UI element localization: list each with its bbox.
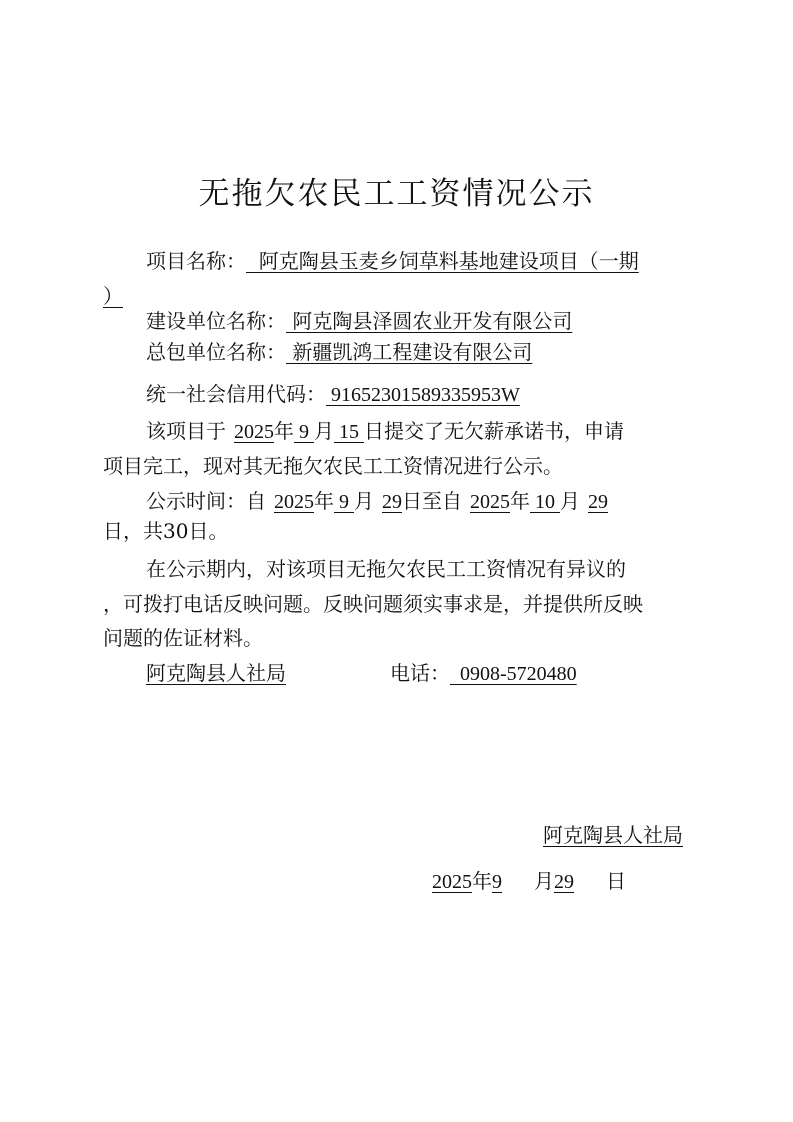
- project-name-label: 项目名称：: [146, 249, 246, 273]
- month-unit: 月: [560, 489, 580, 513]
- contact-phone-row: 电话： 0908-5720480: [390, 660, 577, 687]
- period-end-month: 10: [530, 491, 560, 513]
- month-unit: 月: [534, 869, 554, 893]
- year-unit: 年: [314, 489, 334, 513]
- construction-unit-value: 阿克陶县泽圆农业开发有限公司: [286, 309, 572, 333]
- month-unit: 月: [354, 489, 374, 513]
- project-name-value-cont: ）: [103, 284, 123, 308]
- month-unit: 月: [314, 419, 334, 443]
- signature-org-name: 阿克陶县人社局: [543, 823, 683, 847]
- signature-day: 29: [554, 869, 606, 895]
- commitment-month: 9: [294, 421, 314, 443]
- period-end-year: 2025: [462, 491, 510, 513]
- general-contractor-row: 总包单位名称： 新疆凯鸿工程建设有限公司: [146, 339, 532, 365]
- year-unit: 年: [472, 869, 492, 893]
- period-label: 公示时间：自: [146, 489, 266, 513]
- credit-code-value: 91652301589335953W: [326, 384, 520, 406]
- signature-date: 2025年9月29日: [432, 868, 626, 895]
- contact-org: 阿克陶县人社局: [146, 660, 286, 686]
- period-end-day: 29: [580, 491, 608, 513]
- commitment-suffix: 日提交了无欠薪承诺书，申请: [364, 419, 624, 443]
- credit-code-row: 统一社会信用代码： 91652301589335953W: [146, 381, 520, 408]
- commitment-prefix: 该项目于: [146, 419, 226, 443]
- commitment-row: 该项目于2025年 9 月 15 日提交了无欠薪承诺书，申请: [146, 418, 624, 445]
- period-start-day: 29: [374, 491, 402, 513]
- construction-unit-label: 建设单位名称：: [146, 309, 286, 333]
- day-unit: 日: [606, 869, 626, 893]
- period-row: 公示时间：自2025年 9 月29日至自2025年 10 月29: [146, 488, 608, 515]
- signature-year: 2025: [432, 871, 472, 893]
- period-line2: 日，共30日。: [103, 519, 228, 543]
- objection-line-1: 在公示期内，对该项目无拖欠农民工工资情况有异议的: [146, 556, 626, 582]
- project-name-row: 项目名称： 阿克陶县玉麦乡饲草料基地建设项目（一期: [146, 248, 639, 274]
- project-name-row-cont: ）: [103, 283, 123, 309]
- objection-line-3: 问题的佐证材料。: [103, 625, 263, 651]
- contact-org-name: 阿克陶县人社局: [146, 661, 286, 685]
- commitment-row-cont: 项目完工，现对其无拖欠农民工工资情况进行公示。: [103, 453, 563, 479]
- period-middle: 日至自: [402, 489, 462, 513]
- signature-org: 阿克陶县人社局: [543, 822, 683, 848]
- phone-number: 0908-5720480: [450, 663, 577, 685]
- commitment-line2: 项目完工，现对其无拖欠农民工工资情况进行公示。: [103, 454, 563, 478]
- period-start-year: 2025: [266, 491, 314, 513]
- period-start-month: 9: [334, 491, 354, 513]
- commitment-year: 2025: [226, 421, 274, 443]
- project-name-value: 阿克陶县玉麦乡饲草料基地建设项目（一期: [246, 249, 639, 273]
- construction-unit-row: 建设单位名称： 阿克陶县泽圆农业开发有限公司: [146, 308, 572, 334]
- year-unit: 年: [274, 419, 294, 443]
- general-contractor-value: 新疆凯鸿工程建设有限公司: [286, 340, 532, 364]
- signature-month: 9: [492, 869, 534, 895]
- phone-label: 电话：: [390, 661, 450, 685]
- document-title: 无拖欠农民工工资情况公示: [0, 168, 793, 213]
- general-contractor-label: 总包单位名称：: [146, 340, 286, 364]
- period-row-cont: 日，共30日。: [103, 518, 228, 544]
- commitment-day: 15: [334, 421, 364, 443]
- credit-code-label: 统一社会信用代码：: [146, 382, 326, 406]
- objection-line-2: ，可拨打电话反映问题。反映问题须实事求是，并提供所反映: [103, 591, 643, 617]
- year-unit: 年: [510, 489, 530, 513]
